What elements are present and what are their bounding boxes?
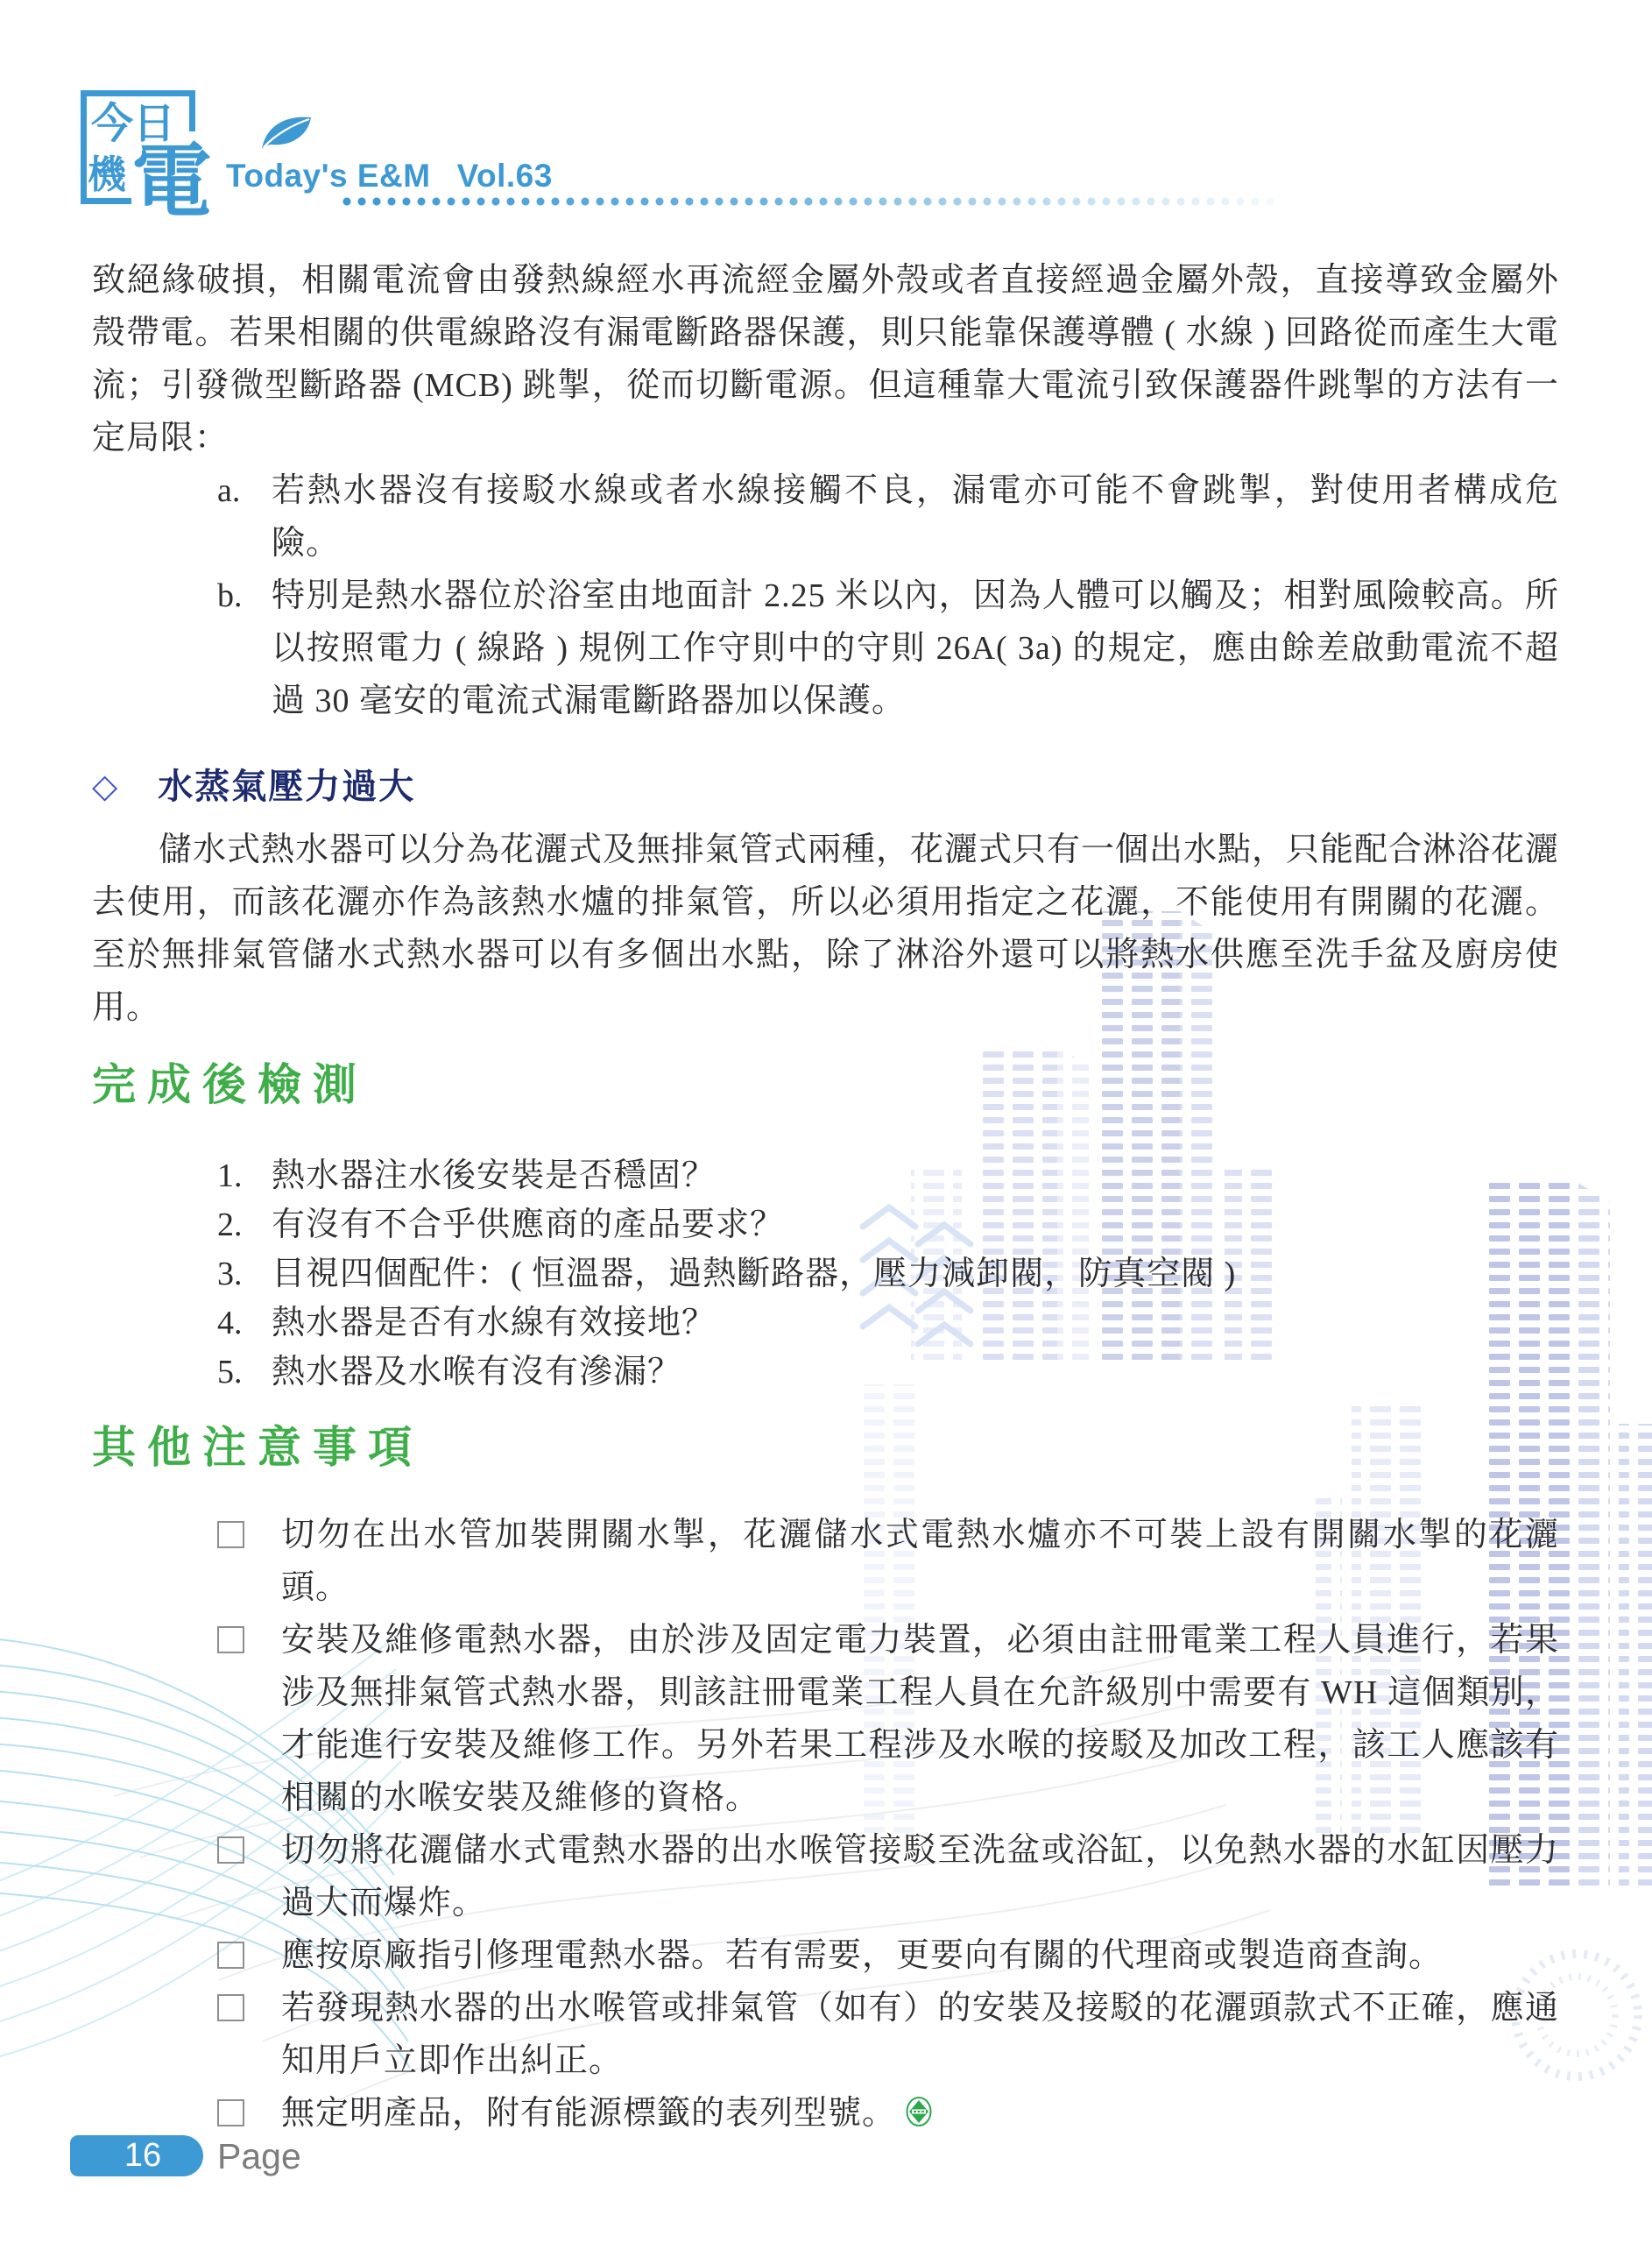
list-text: 熱水器及水喉有沒有滲漏？	[272, 1348, 1559, 1397]
magazine-page: 今日 機 電 Today's E&M Vol.63 致絕緣破損，相關電流會由發熱…	[0, 0, 1652, 2243]
end-of-article-icon	[905, 2092, 933, 2145]
masthead: Today's E&M Vol.63	[226, 158, 553, 195]
volume-label: Vol.63	[457, 158, 553, 195]
inspection-list: 1. 熱水器注水後安裝是否穩固？ 2. 有沒有不合乎供應商的產品要求？ 3. 目…	[92, 1151, 1559, 1397]
inspection-list-item: 4. 熱水器是否有水線有效接地？	[92, 1298, 1559, 1348]
inspection-list-item: 2. 有沒有不合乎供應商的產品要求？	[92, 1200, 1559, 1249]
diamond-icon: ◇	[92, 759, 119, 815]
checkbox-icon	[217, 2099, 244, 2126]
lettered-list-item: a. 若熱水器沒有接駁水線或者水線接觸不良，漏電亦可能不會跳掣，對使用者構成危險…	[92, 464, 1559, 570]
footer-page-pill: 16	[70, 2135, 203, 2176]
list-text: 熱水器是否有水線有效接地？	[272, 1298, 1559, 1348]
note-text: 無定明產品，附有能源標籤的表列型號。	[281, 2087, 1559, 2145]
note-text: 應按原廠指引修理電熱水器。若有需要，更要向有關的代理商或製造商查詢。	[281, 1929, 1559, 1982]
list-number: 4.	[217, 1298, 272, 1348]
magazine-title: Today's E&M	[226, 158, 431, 195]
inspection-list-item: 1. 熱水器注水後安裝是否穩固？	[92, 1151, 1559, 1200]
section-title-inspection: 完成後檢測	[92, 1057, 1559, 1113]
checkbox-icon	[217, 1994, 244, 2021]
page-label: Page	[217, 2136, 301, 2177]
notes-list: 切勿在出水管加裝開關水掣，花灑儲水式電熱水爐亦不可裝上設有開關水掣的花灑頭。 安…	[92, 1509, 1559, 2145]
note-text: 切勿在出水管加裝開關水掣，花灑儲水式電熱水爐亦不可裝上設有開關水掣的花灑頭。	[281, 1509, 1559, 1614]
leaf-icon	[258, 112, 314, 157]
list-number: 1.	[217, 1151, 272, 1200]
list-text: 特別是熱水器位於浴室由地面計 2.25 米以內，因為人體可以觸及；相對風險較高。…	[272, 570, 1559, 727]
checkbox-icon	[217, 1942, 244, 1969]
list-text: 熱水器注水後安裝是否穩固？	[272, 1151, 1559, 1200]
list-number: 5.	[217, 1348, 272, 1397]
intro-paragraph: 致絕緣破損，相關電流會由發熱線經水再流經金屬外殼或者直接經過金屬外殼，直接導致金…	[92, 254, 1559, 464]
list-number: 3.	[217, 1249, 272, 1298]
note-item: 切勿將花灑儲水式電熱水器的出水喉管接駁至洗盆或浴缸，以免熱水器的水缸因壓力過大而…	[92, 1824, 1559, 1929]
logo-text-bottom: 機	[88, 156, 126, 195]
note-text: 若發現熱水器的出水喉管或排氣管（如有）的安裝及接駁的花灑頭款式不正確，應通知用戶…	[281, 1982, 1559, 2087]
note-item: 安裝及維修電熱水器，由於涉及固定電力裝置，必須由註冊電業工程人員進行，若果涉及無…	[92, 1614, 1559, 1824]
checkbox-icon	[217, 1836, 244, 1864]
lettered-list-item: b. 特別是熱水器位於浴室由地面計 2.25 米以內，因為人體可以觸及；相對風險…	[92, 570, 1559, 727]
inspection-list-item: 5. 熱水器及水喉有沒有滲漏？	[92, 1348, 1559, 1397]
list-text: 有沒有不合乎供應商的產品要求？	[272, 1200, 1559, 1249]
logo-big-char: 電	[131, 142, 212, 223]
page-number: 16	[124, 2137, 161, 2175]
lettered-list: a. 若熱水器沒有接駁水線或者水線接觸不良，漏電亦可能不會跳掣，對使用者構成危險…	[92, 464, 1559, 727]
dotted-divider	[342, 196, 1281, 208]
list-text: 若熱水器沒有接駁水線或者水線接觸不良，漏電亦可能不會跳掣，對使用者構成危險。	[272, 464, 1559, 570]
note-item: 應按原廠指引修理電熱水器。若有需要，更要向有關的代理商或製造商查詢。	[92, 1929, 1559, 1982]
list-text: 目視四個配件：( 恒溫器，過熱斷路器，壓力減卸閥，防真空閥 )	[272, 1249, 1559, 1298]
inspection-list-item: 3. 目視四個配件：( 恒溫器，過熱斷路器，壓力減卸閥，防真空閥 )	[92, 1249, 1559, 1298]
list-number: 2.	[217, 1200, 272, 1249]
note-item: 無定明產品，附有能源標籤的表列型號。	[92, 2087, 1559, 2145]
checkbox-icon	[217, 1521, 244, 1548]
subsection-heading: ◇ 水蒸氣壓力過大	[92, 759, 1559, 815]
subsection-paragraph: 儲水式熱水器可以分為花灑式及無排氣管式兩種，花灑式只有一個出水點，只能配合淋浴花…	[92, 824, 1559, 1034]
list-marker: b.	[217, 570, 272, 727]
article-body: 致絕緣破損，相關電流會由發熱線經水再流經金屬外殼或者直接經過金屬外殼，直接導致金…	[92, 254, 1559, 2145]
subsection-title: 水蒸氣壓力過大	[158, 759, 415, 815]
checkbox-icon	[217, 1626, 244, 1653]
section-title-notes: 其他注意事項	[92, 1419, 1559, 1475]
note-text: 切勿將花灑儲水式電熱水器的出水喉管接駁至洗盆或浴缸，以免熱水器的水缸因壓力過大而…	[281, 1824, 1559, 1929]
note-item: 若發現熱水器的出水喉管或排氣管（如有）的安裝及接駁的花灑頭款式不正確，應通知用戶…	[92, 1982, 1559, 2087]
note-item: 切勿在出水管加裝開關水掣，花灑儲水式電熱水爐亦不可裝上設有開關水掣的花灑頭。	[92, 1509, 1559, 1614]
list-marker: a.	[217, 464, 272, 570]
note-text: 安裝及維修電熱水器，由於涉及固定電力裝置，必須由註冊電業工程人員進行，若果涉及無…	[281, 1614, 1559, 1824]
